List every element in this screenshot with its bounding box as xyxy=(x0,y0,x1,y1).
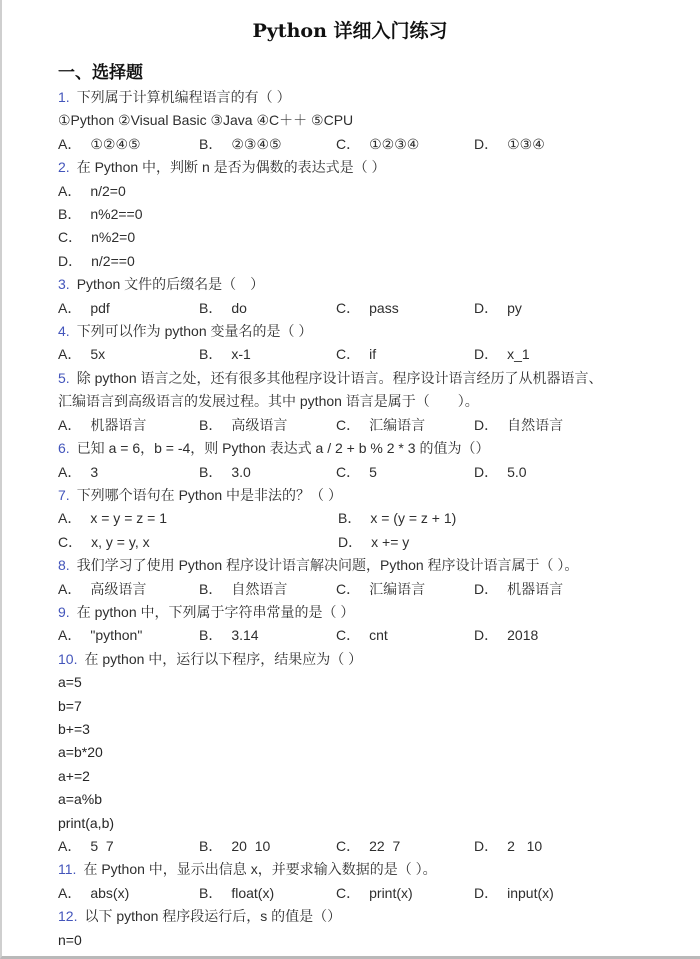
section-heading: 一、选择题 xyxy=(58,60,642,86)
option-text: abs(x) xyxy=(90,885,129,901)
option-letter: D． xyxy=(474,627,498,643)
question-stem: 在 python 中，下列属于字符串常量的是（ ） xyxy=(77,604,355,620)
question-12: 12.以下 python 程序段运行后，s 的值是（） n=0 xyxy=(58,905,642,952)
options-row: A．①②④⑤ B．②③④⑤ C．①②③④ D．①③④ xyxy=(58,133,642,156)
option-c: C．print(x) xyxy=(336,882,474,905)
question-number: 10. xyxy=(58,651,77,667)
option-d: D．n/2==0 xyxy=(58,250,642,273)
question-stem-line: 4.下列可以作为 python 变量名的是（ ） xyxy=(58,320,642,343)
option-letter: B． xyxy=(58,206,81,222)
option-letter: D． xyxy=(474,464,498,480)
option-c: C．5 xyxy=(336,461,474,484)
code-line: print(a,b) xyxy=(58,812,642,835)
question-number: 8. xyxy=(58,557,70,573)
code-line: b=7 xyxy=(58,695,642,718)
option-letter: B． xyxy=(199,346,222,362)
code-line: n=0 xyxy=(58,929,642,952)
option-letter: B． xyxy=(199,300,222,316)
option-letter: A． xyxy=(58,183,81,199)
option-d: D．x += y xyxy=(338,531,642,554)
question-3: 3.Python 文件的后缀名是（ ） A．pdf B．do C．pass D．… xyxy=(58,273,642,320)
option-letter: C． xyxy=(336,581,360,597)
question-stem: Python 文件的后缀名是（ ） xyxy=(77,276,264,292)
option-a: A．5x xyxy=(58,343,199,366)
option-text: do xyxy=(231,300,247,316)
option-letter: B． xyxy=(199,464,222,480)
option-text: 汇编语言 xyxy=(369,417,425,433)
option-letter: A． xyxy=(58,136,81,152)
option-letter: D． xyxy=(58,253,82,269)
question-stem-line: 3.Python 文件的后缀名是（ ） xyxy=(58,273,642,296)
option-c: C．n%2=0 xyxy=(58,226,642,249)
options-row: A．机器语言 B．高级语言 C．汇编语言 D．自然语言 xyxy=(58,414,642,437)
options-row: A．abs(x) B．float(x) C．print(x) D．input(x… xyxy=(58,882,642,905)
option-letter: B． xyxy=(199,581,222,597)
question-subline: ①Python ②Visual Basic ③Java ④C＋＋ ⑤CPU xyxy=(58,109,642,132)
question-number: 11. xyxy=(58,861,76,877)
option-text: 5 xyxy=(369,464,377,480)
option-a: A．x = y = z = 1 xyxy=(58,507,338,530)
option-text: 2018 xyxy=(507,627,538,643)
option-text: 5x xyxy=(90,346,105,362)
option-a: A．①②④⑤ xyxy=(58,133,199,156)
option-text: ①③④ xyxy=(507,136,545,152)
question-stem-line: 7.下列哪个语句在 Python 中是非法的？（ ） xyxy=(58,484,642,507)
question-8: 8.我们学习了使用 Python 程序设计语言解决问题，Python 程序设计语… xyxy=(58,554,642,601)
option-text: 自然语言 xyxy=(231,581,287,597)
option-letter: A． xyxy=(58,510,81,526)
option-d: D．2018 xyxy=(474,624,642,647)
option-a: A．pdf xyxy=(58,297,199,320)
option-d: D．py xyxy=(474,297,642,320)
option-text: if xyxy=(369,346,376,362)
option-text: n/2=0 xyxy=(90,183,125,199)
question-6: 6.已知 a = 6，b = -4，则 Python 表达式 a / 2 + b… xyxy=(58,437,642,484)
question-number: 3. xyxy=(58,276,70,292)
option-text: 22 7 xyxy=(369,838,400,854)
option-b: B．20 10 xyxy=(199,835,336,858)
option-d: D．5.0 xyxy=(474,461,642,484)
option-letter: C． xyxy=(58,229,82,245)
options-row: A．pdf B．do C．pass D．py xyxy=(58,297,642,320)
option-text: n%2=0 xyxy=(91,229,135,245)
question-number: 12. xyxy=(58,908,77,924)
option-letter: A． xyxy=(58,417,81,433)
question-number: 9. xyxy=(58,604,70,620)
options-row: A．3 B．3.0 C．5 D．5.0 xyxy=(58,461,642,484)
question-stem: 在 Python 中，显示出信息 x，并要求输入数据的是（ ）。 xyxy=(83,861,436,877)
option-text: py xyxy=(507,300,522,316)
option-text: 5 7 xyxy=(90,838,113,854)
question-stem: 在 Python 中，判断 n 是否为偶数的表达式是（ ） xyxy=(77,159,386,175)
option-text: x += y xyxy=(371,534,409,550)
document-page: Python 详细入门练习 一、选择题 1.下列属于计算机编程语言的有（ ） ①… xyxy=(2,0,700,952)
option-c: C．if xyxy=(336,343,474,366)
option-text: x_1 xyxy=(507,346,530,362)
question-stem: 我们学习了使用 Python 程序设计语言解决问题，Python 程序设计语言属… xyxy=(77,557,579,573)
option-letter: C． xyxy=(336,838,360,854)
option-d: D．2 10 xyxy=(474,835,642,858)
question-number: 2. xyxy=(58,159,70,175)
option-text: pass xyxy=(369,300,399,316)
page-title: Python 详细入门练习 xyxy=(58,16,642,46)
option-b: B．高级语言 xyxy=(199,414,336,437)
question-stem-line: 12.以下 python 程序段运行后，s 的值是（） xyxy=(58,905,642,928)
option-text: 高级语言 xyxy=(90,581,146,597)
option-text: 机器语言 xyxy=(90,417,146,433)
option-b: B．3.14 xyxy=(199,624,336,647)
question-stem: 已知 a = 6，b = -4，则 Python 表达式 a / 2 + b %… xyxy=(77,440,490,456)
option-text: 3 xyxy=(90,464,98,480)
option-c: C．①②③④ xyxy=(336,133,474,156)
question-number: 6. xyxy=(58,440,70,456)
option-letter: D． xyxy=(338,534,362,550)
option-a: A．"python" xyxy=(58,624,199,647)
code-line: a=b*20 xyxy=(58,741,642,764)
options-row: A．5x B．x-1 C．if D．x_1 xyxy=(58,343,642,366)
option-letter: A． xyxy=(58,838,81,854)
option-letter: C． xyxy=(336,300,360,316)
option-c: C．pass xyxy=(336,297,474,320)
option-text: 3.0 xyxy=(231,464,250,480)
question-stem-line: 1.下列属于计算机编程语言的有（ ） xyxy=(58,86,642,109)
option-b: B．n%2==0 xyxy=(58,203,642,226)
option-d: D．x_1 xyxy=(474,343,642,366)
option-letter: A． xyxy=(58,885,81,901)
option-letter: A． xyxy=(58,300,81,316)
option-letter: D． xyxy=(474,417,498,433)
option-text: "python" xyxy=(90,627,142,643)
question-stem-line: 10.在 python 中，运行以下程序，结果应为（ ） xyxy=(58,648,642,671)
question-stem: 下列可以作为 python 变量名的是（ ） xyxy=(77,323,313,339)
code-line: a+=2 xyxy=(58,765,642,788)
option-c: C．汇编语言 xyxy=(336,414,474,437)
options-grid: A．x = y = z = 1 B．x = (y = z + 1) C．x, y… xyxy=(58,507,642,554)
option-a: A．高级语言 xyxy=(58,578,199,601)
option-text: x = (y = z + 1) xyxy=(370,510,456,526)
question-stem: 以下 python 程序段运行后，s 的值是（） xyxy=(84,908,341,924)
option-text: ②③④⑤ xyxy=(231,136,281,152)
option-letter: B． xyxy=(199,885,222,901)
option-letter: D． xyxy=(474,885,498,901)
option-text: x = y = z = 1 xyxy=(90,510,167,526)
option-b: B．②③④⑤ xyxy=(199,133,336,156)
option-letter: C． xyxy=(58,534,82,550)
question-stem-line: 2.在 Python 中，判断 n 是否为偶数的表达式是（ ） xyxy=(58,156,642,179)
question-number: 4. xyxy=(58,323,70,339)
option-text: ①②④⑤ xyxy=(90,136,140,152)
option-letter: C． xyxy=(336,627,360,643)
option-letter: A． xyxy=(58,464,81,480)
option-letter: C． xyxy=(336,346,360,362)
option-letter: C． xyxy=(336,136,360,152)
question-stem: 下列哪个语句在 Python 中是非法的？（ ） xyxy=(77,487,342,503)
code-line: a=5 xyxy=(58,671,642,694)
options-row: A．"python" B．3.14 C．cnt D．2018 xyxy=(58,624,642,647)
option-c: C．cnt xyxy=(336,624,474,647)
option-letter: C． xyxy=(336,464,360,480)
option-c: C．汇编语言 xyxy=(336,578,474,601)
question-10: 10.在 python 中，运行以下程序，结果应为（ ） a=5 b=7 b+=… xyxy=(58,648,642,859)
option-d: D．input(x) xyxy=(474,882,642,905)
option-b: B．do xyxy=(199,297,336,320)
option-text: 20 10 xyxy=(231,838,270,854)
question-7: 7.下列哪个语句在 Python 中是非法的？（ ） A．x = y = z =… xyxy=(58,484,642,554)
option-text: 5.0 xyxy=(507,464,526,480)
option-d: D．机器语言 xyxy=(474,578,642,601)
question-5: 5.除 python 语言之处，还有很多其他程序设计语言。程序设计语言经历了从机… xyxy=(58,367,642,437)
question-number: 1. xyxy=(58,89,70,105)
option-letter: B． xyxy=(199,136,222,152)
option-text: 自然语言 xyxy=(507,417,563,433)
option-a: A．5 7 xyxy=(58,835,199,858)
option-b: B．x-1 xyxy=(199,343,336,366)
question-stem: 在 python 中，运行以下程序，结果应为（ ） xyxy=(84,651,362,667)
option-letter: C． xyxy=(336,885,360,901)
option-letter: D． xyxy=(474,346,498,362)
option-letter: D． xyxy=(474,581,498,597)
option-letter: B． xyxy=(199,417,222,433)
option-b: B．x = (y = z + 1) xyxy=(338,507,642,530)
option-text: 机器语言 xyxy=(507,581,563,597)
question-2: 2.在 Python 中，判断 n 是否为偶数的表达式是（ ） A．n/2=0 … xyxy=(58,156,642,273)
option-a: A．n/2=0 xyxy=(58,180,642,203)
option-text: x-1 xyxy=(231,346,250,362)
option-c: C．22 7 xyxy=(336,835,474,858)
option-a: A．机器语言 xyxy=(58,414,199,437)
question-stem-line: 6.已知 a = 6，b = -4，则 Python 表达式 a / 2 + b… xyxy=(58,437,642,460)
option-letter: D． xyxy=(474,136,498,152)
option-text: n/2==0 xyxy=(91,253,135,269)
option-a: A．3 xyxy=(58,461,199,484)
options-row: A．5 7 B．20 10 C．22 7 D．2 10 xyxy=(58,835,642,858)
option-letter: D． xyxy=(474,300,498,316)
option-text: x, y = y, x xyxy=(91,534,149,550)
option-b: B．自然语言 xyxy=(199,578,336,601)
question-stem-line: 5.除 python 语言之处，还有很多其他程序设计语言。程序设计语言经历了从机… xyxy=(58,367,642,390)
option-text: 高级语言 xyxy=(231,417,287,433)
question-stem: 除 python 语言之处，还有很多其他程序设计语言。程序设计语言经历了从机器语… xyxy=(77,370,603,386)
question-number: 5. xyxy=(58,370,70,386)
option-text: 汇编语言 xyxy=(369,581,425,597)
question-number: 7. xyxy=(58,487,70,503)
option-text: pdf xyxy=(90,300,109,316)
option-b: B．float(x) xyxy=(199,882,336,905)
option-text: 2 10 xyxy=(507,838,542,854)
option-letter: B． xyxy=(338,510,361,526)
option-text: ①②③④ xyxy=(369,136,419,152)
question-4: 4.下列可以作为 python 变量名的是（ ） A．5x B．x-1 C．if… xyxy=(58,320,642,367)
option-text: 3.14 xyxy=(231,627,258,643)
question-stem-line: 9.在 python 中，下列属于字符串常量的是（ ） xyxy=(58,601,642,624)
option-d: D．自然语言 xyxy=(474,414,642,437)
question-9: 9.在 python 中，下列属于字符串常量的是（ ） A．"python" B… xyxy=(58,601,642,648)
option-letter: A． xyxy=(58,581,81,597)
option-b: B．3.0 xyxy=(199,461,336,484)
code-line: a=a%b xyxy=(58,788,642,811)
option-letter: C． xyxy=(336,417,360,433)
question-stem-line-2: 汇编语言到高级语言的发展过程。其中 python 语言是属于（ ）。 xyxy=(58,390,642,413)
code-line: b+=3 xyxy=(58,718,642,741)
question-11: 11.在 Python 中，显示出信息 x，并要求输入数据的是（ ）。 A．ab… xyxy=(58,858,642,905)
option-text: input(x) xyxy=(507,885,554,901)
option-text: cnt xyxy=(369,627,388,643)
option-c: C．x, y = y, x xyxy=(58,531,338,554)
option-d: D．①③④ xyxy=(474,133,642,156)
option-letter: A． xyxy=(58,627,81,643)
question-stem: 下列属于计算机编程语言的有（ ） xyxy=(77,89,291,105)
question-stem-line: 8.我们学习了使用 Python 程序设计语言解决问题，Python 程序设计语… xyxy=(58,554,642,577)
option-text: n%2==0 xyxy=(90,206,142,222)
option-text: float(x) xyxy=(231,885,274,901)
option-letter: A． xyxy=(58,346,81,362)
options-row: A．高级语言 B．自然语言 C．汇编语言 D．机器语言 xyxy=(58,578,642,601)
question-1: 1.下列属于计算机编程语言的有（ ） ①Python ②Visual Basic… xyxy=(58,86,642,156)
question-stem-line: 11.在 Python 中，显示出信息 x，并要求输入数据的是（ ）。 xyxy=(58,858,642,881)
option-letter: B． xyxy=(199,627,222,643)
option-a: A．abs(x) xyxy=(58,882,199,905)
option-letter: D． xyxy=(474,838,498,854)
option-text: print(x) xyxy=(369,885,413,901)
option-letter: B． xyxy=(199,838,222,854)
